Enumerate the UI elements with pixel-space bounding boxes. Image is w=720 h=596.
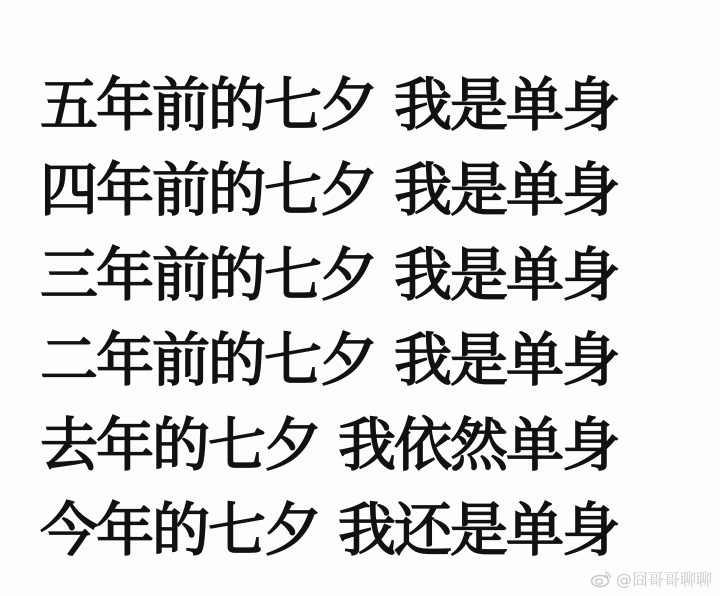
line-status: 我是单身 <box>394 161 618 219</box>
text-line-1: 五年前的七夕我是单身 <box>40 62 700 147</box>
line-status: 我是单身 <box>394 331 618 389</box>
weibo-icon <box>590 570 612 588</box>
line-status: 我依然单身 <box>338 416 618 474</box>
line-time: 二年前的七夕 <box>40 331 376 389</box>
watermark-text: @囧哥哥聊聊 <box>616 567 712 590</box>
text-line-2: 四年前的七夕我是单身 <box>40 147 700 232</box>
text-line-5: 去年的七夕我依然单身 <box>40 402 700 487</box>
text-line-6: 今年的七夕我还是单身 <box>40 487 700 572</box>
meme-text-block: 五年前的七夕我是单身 四年前的七夕我是单身 三年前的七夕我是单身 二年前的七夕我… <box>40 62 700 572</box>
line-status: 我是单身 <box>394 76 618 134</box>
text-line-3: 三年前的七夕我是单身 <box>40 232 700 317</box>
line-time: 四年前的七夕 <box>40 161 376 219</box>
line-time: 五年前的七夕 <box>40 76 376 134</box>
line-status: 我是单身 <box>394 246 618 304</box>
text-line-4: 二年前的七夕我是单身 <box>40 317 700 402</box>
weibo-watermark: @囧哥哥聊聊 <box>590 567 712 590</box>
line-time: 今年的七夕 <box>40 501 320 559</box>
line-time: 三年前的七夕 <box>40 246 376 304</box>
line-time: 去年的七夕 <box>40 416 320 474</box>
line-status: 我还是单身 <box>338 501 618 559</box>
